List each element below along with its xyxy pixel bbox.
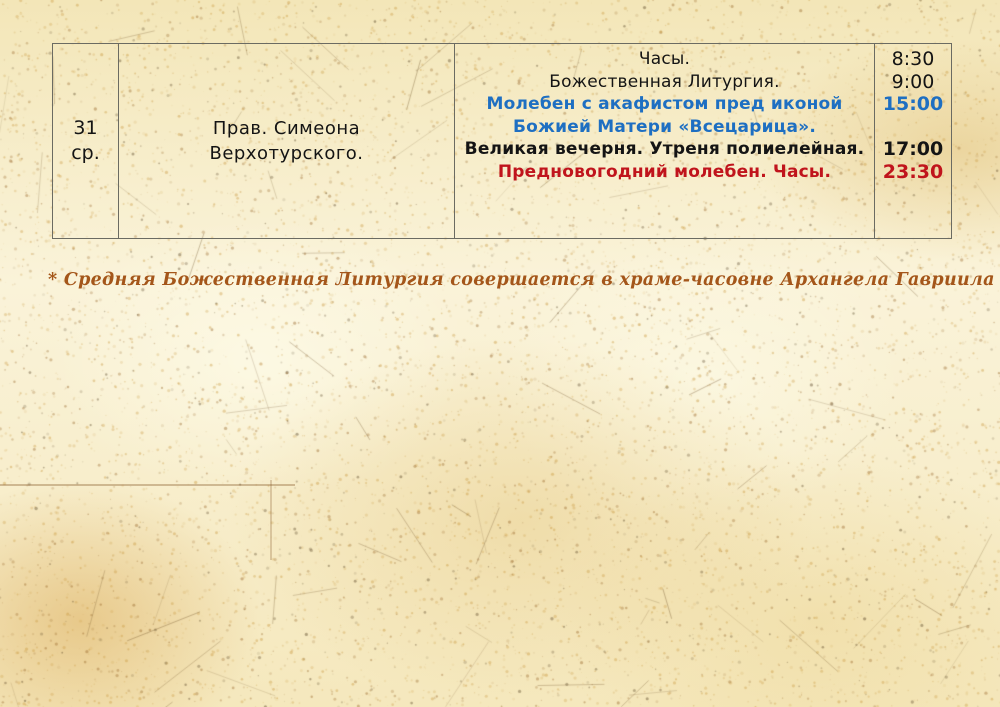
table-row: 31 ср. Прав. Симеона Верхотурского. Часы…: [53, 44, 952, 239]
day-number: 31: [53, 116, 118, 141]
service-time: [875, 116, 951, 139]
saint-name-line2: Верхотурского.: [119, 141, 454, 166]
footnote: * Средняя Божественная Литургия совершае…: [48, 270, 995, 290]
service-item: Божией Матери «Всецарица».: [455, 116, 874, 139]
service-item: Предновогодний молебен. Часы.: [455, 161, 874, 184]
service-item: Часы.: [455, 48, 874, 71]
service-item: Молебен с акафистом пред иконой: [455, 93, 874, 116]
weekday: ср.: [53, 141, 118, 166]
service-item: Божественная Литургия.: [455, 71, 874, 94]
paper-scratch: [270, 480, 272, 560]
schedule-table: 31 ср. Прав. Симеона Верхотурского. Часы…: [52, 43, 952, 239]
times-list: 8:309:0015:00 17:0023:30: [875, 48, 951, 183]
times-cell: 8:309:0015:00 17:0023:30: [875, 44, 952, 239]
services-list: Часы.Божественная Литургия.Молебен с ака…: [455, 48, 874, 183]
service-time: 9:00: [875, 71, 951, 94]
service-time: 23:30: [875, 161, 951, 184]
service-time: 17:00: [875, 138, 951, 161]
service-time: 8:30: [875, 48, 951, 71]
service-item: Великая вечерня. Утреня полиелейная.: [455, 138, 874, 161]
paper-scratch: [0, 484, 295, 486]
saint-cell: Прав. Симеона Верхотурского.: [119, 44, 455, 239]
services-cell: Часы.Божественная Литургия.Молебен с ака…: [455, 44, 875, 239]
day-cell: 31 ср.: [53, 44, 119, 239]
saint-name-line1: Прав. Симеона: [119, 116, 454, 141]
service-time: 15:00: [875, 93, 951, 116]
